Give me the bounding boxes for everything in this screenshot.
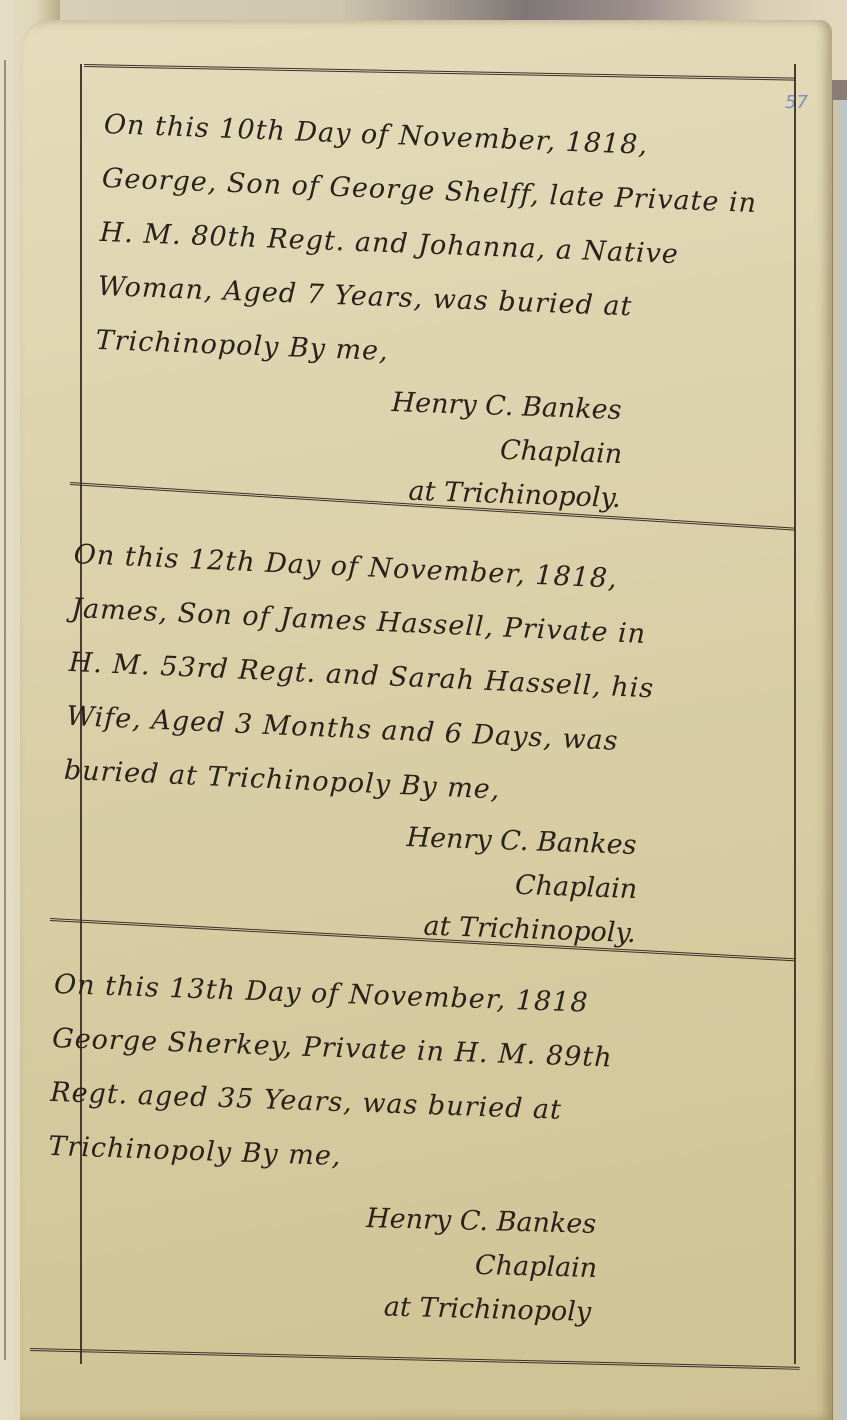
- burial-entry-3: On this 13th Day of November, 1818 Georg…: [47, 958, 615, 1193]
- signature-place: at Trichinopoly.: [388, 469, 622, 521]
- signature-block-1: Henry C. Bankes Chaplain at Trichinopoly…: [388, 381, 625, 521]
- facing-page-rule: [4, 60, 6, 1360]
- signature-name: Henry C. Bankes: [366, 1197, 599, 1247]
- signature-block-3: Henry C. Bankes Chaplain at Trichinopoly: [363, 1197, 599, 1335]
- page-edge-right: [833, 100, 847, 1420]
- burial-entry-2: On this 12th Day of November, 1818, Jame…: [63, 528, 660, 824]
- signature-block-2: Henry C. Bankes Chaplain at Trichinopoly…: [403, 816, 640, 956]
- signature-place: at Trichinopoly: [363, 1285, 596, 1335]
- signature-place: at Trichinopoly.: [403, 904, 637, 956]
- signature-name: Henry C. Bankes: [406, 816, 640, 868]
- burial-entry-1: On this 10th Day of November, 1818, Geor…: [95, 98, 760, 393]
- signature-name: Henry C. Bankes: [391, 381, 625, 433]
- signature-title: Chaplain: [364, 1241, 597, 1291]
